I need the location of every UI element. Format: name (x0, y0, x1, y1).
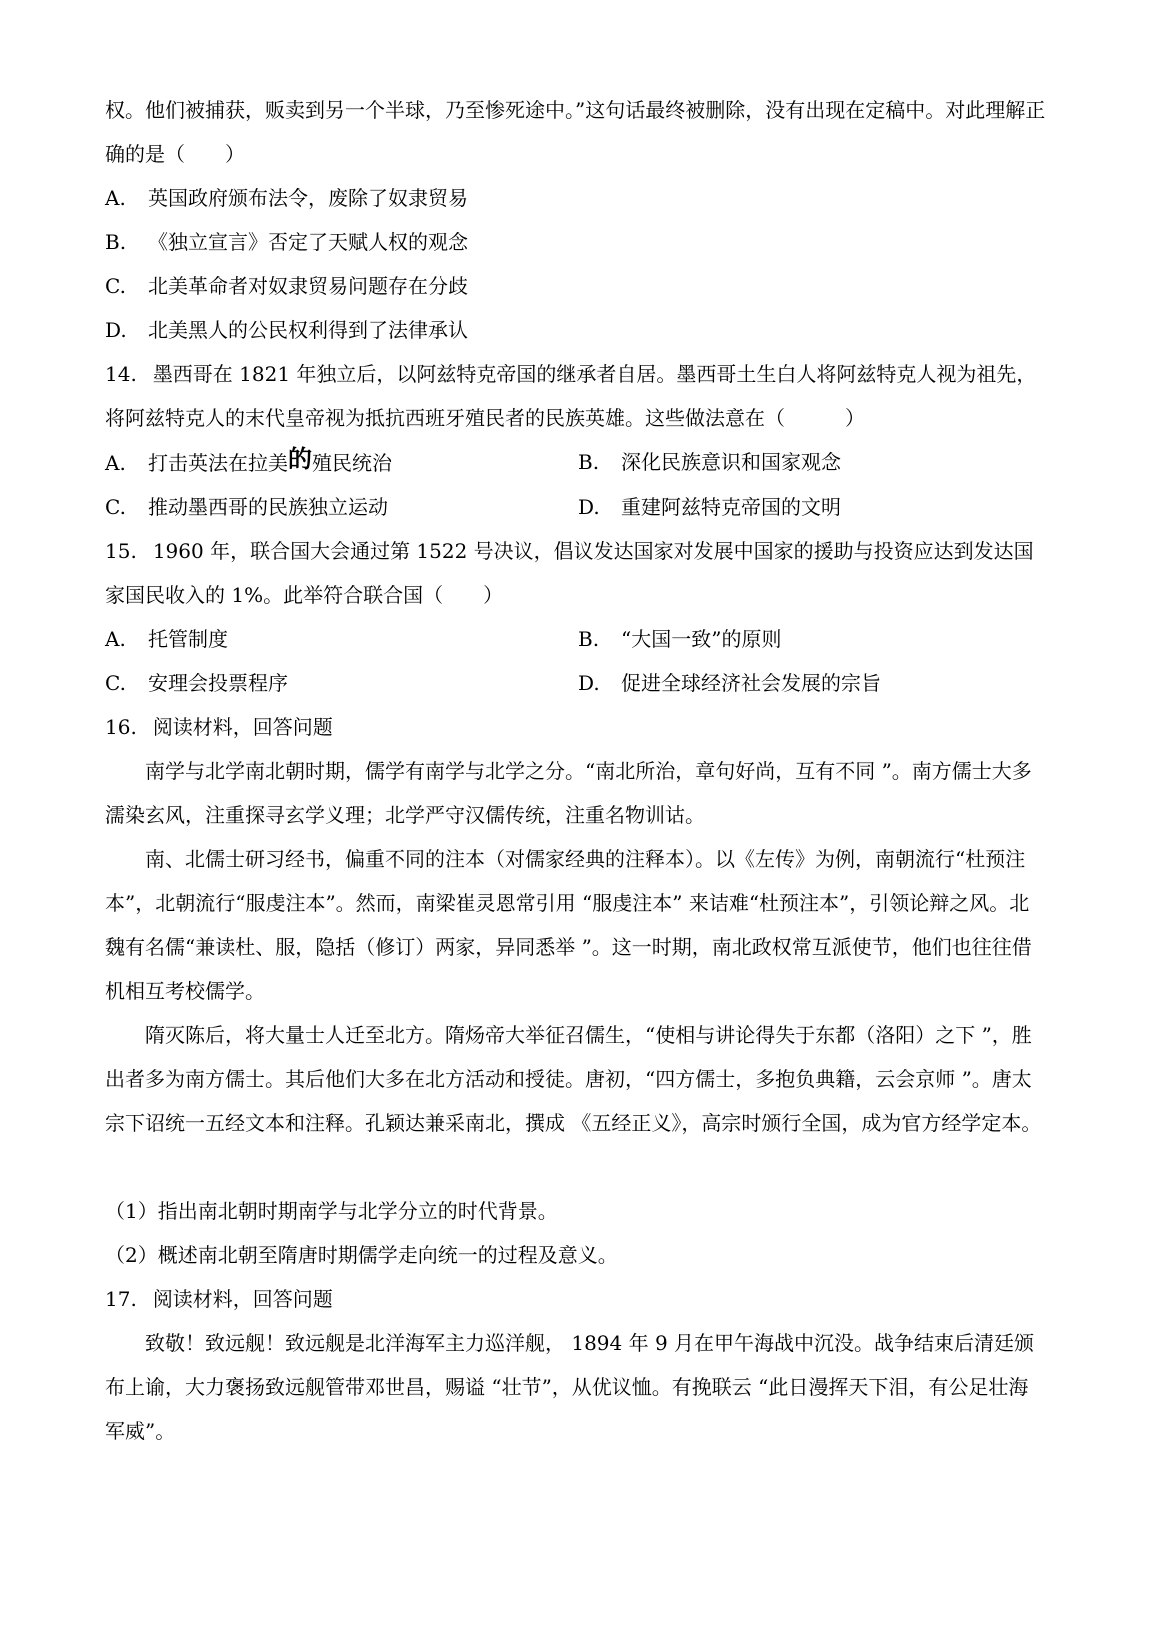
q16-material-paragraph-1: 南学与北学南北朝时期，儒学有南学与北学之分。“南北所治，章句好尚，互有不同 ”。… (105, 749, 1048, 837)
q14-option-a-bold-char: 的 (288, 444, 312, 473)
q13-option-c: C.北美革命者对奴隶贸易问题存在分歧 (105, 264, 1048, 308)
q17-material-paragraph-1: 致敬！致远舰！致远舰是北洋海军主力巡洋舰， 1894 年 9 月在甲午海战中沉没… (105, 1321, 1048, 1453)
q15-option-a-label: A. (105, 617, 129, 661)
q15-option-a-text: 托管制度 (148, 627, 228, 651)
q14-option-d-text: 重建阿兹特克帝国的文明 (621, 495, 841, 519)
q16-title: 阅读材料，回答问题 (153, 715, 333, 739)
q14-stem: 14.墨西哥在 1821 年独立后，以阿兹特克帝国的继承者自居。墨西哥土生白人将… (105, 352, 1048, 440)
q15-options-row-1: A.托管制度 B.“大国一致”的原则 (105, 617, 1048, 661)
q14-number: 14. (105, 352, 137, 396)
q14-option-b-label: B. (578, 440, 602, 484)
q15-stem: 15.1960 年，联合国大会通过第 1522 号决议，倡议发达国家对发展中国家… (105, 529, 1048, 617)
q17-title: 阅读材料，回答问题 (153, 1287, 333, 1311)
q13-option-a-label: A. (105, 176, 129, 220)
q14-option-b-text: 深化民族意识和国家观念 (621, 450, 841, 474)
q15-option-c-label: C. (105, 661, 129, 705)
q14-option-a-label: A. (105, 441, 129, 485)
q14-options-row-2: C.推动墨西哥的民族独立运动 D.重建阿兹特克帝国的文明 (105, 485, 1048, 529)
q17-number: 17. (105, 1277, 137, 1321)
q14-option-d-label: D. (578, 485, 602, 529)
q14-options-row-1: A.打击英法在拉美的殖民统治 B.深化民族意识和国家观念 (105, 440, 1048, 485)
q13-option-b: B.《独立宣言》否定了天赋人权的观念 (105, 220, 1048, 264)
q13-option-a-text: 英国政府颁布法令，废除了奴隶贸易 (148, 186, 468, 210)
blank-line (105, 1145, 1048, 1189)
q14-option-a-text-suffix: 殖民统治 (312, 451, 392, 475)
q14-option-a: A.打击英法在拉美的殖民统治 (105, 440, 578, 485)
q13-option-d: D.北美黑人的公民权利得到了法律承认 (105, 308, 1048, 352)
exam-document-page: 权。他们被捕获，贩卖到另一个半球，乃至惨死途中。”这句话最终被删除，没有出现在定… (0, 0, 1158, 1638)
q15-option-a: A.托管制度 (105, 617, 578, 661)
q15-option-d-text: 促进全球经济社会发展的宗旨 (621, 671, 881, 695)
q13-stem: 权。他们被捕获，贩卖到另一个半球，乃至惨死途中。”这句话最终被删除，没有出现在定… (105, 88, 1048, 176)
q13-option-d-text: 北美黑人的公民权利得到了法律承认 (148, 318, 468, 342)
q16-subquestion-2: （2）概述南北朝至隋唐时期儒学走向统一的过程及意义。 (105, 1233, 1048, 1277)
q13-option-c-label: C. (105, 264, 129, 308)
q15-option-c: C.安理会投票程序 (105, 661, 578, 705)
q16-subquestion-1: （1）指出南北朝时期南学与北学分立的时代背景。 (105, 1189, 1048, 1233)
q13-option-c-text: 北美革命者对奴隶贸易问题存在分歧 (148, 274, 468, 298)
q15-options-row-2: C.安理会投票程序 D.促进全球经济社会发展的宗旨 (105, 661, 1048, 705)
q14-stem-text: 墨西哥在 1821 年独立后，以阿兹特克帝国的继承者自居。墨西哥土生白人将阿兹特… (105, 362, 1036, 430)
q15-option-b: B.“大国一致”的原则 (578, 617, 1048, 661)
q13-option-a: A.英国政府颁布法令，废除了奴隶贸易 (105, 176, 1048, 220)
q15-option-d: D.促进全球经济社会发展的宗旨 (578, 661, 1048, 705)
q14-option-b: B.深化民族意识和国家观念 (578, 440, 1048, 485)
q15-stem-text: 1960 年，联合国大会通过第 1522 号决议，倡议发达国家对发展中国家的援助… (105, 539, 1034, 607)
q17-heading: 17.阅读材料，回答问题 (105, 1277, 1048, 1321)
q16-material-paragraph-3: 隋灭陈后，将大量士人迁至北方。隋炀帝大举征召儒生，“使相与讲论得失于东都（洛阳）… (105, 1013, 1048, 1145)
q14-option-d: D.重建阿兹特克帝国的文明 (578, 485, 1048, 529)
q14-option-c-label: C. (105, 485, 129, 529)
q15-option-b-text: “大国一致”的原则 (621, 627, 781, 651)
q13-option-d-label: D. (105, 308, 129, 352)
q13-option-b-label: B. (105, 220, 129, 264)
q15-option-d-label: D. (578, 661, 602, 705)
q16-material-paragraph-2: 南、北儒士研习经书，偏重不同的注本（对儒家经典的注释本）。以《左传》为例，南朝流… (105, 837, 1048, 1013)
q15-number: 15. (105, 529, 137, 573)
q16-heading: 16.阅读材料，回答问题 (105, 705, 1048, 749)
q14-option-c: C.推动墨西哥的民族独立运动 (105, 485, 578, 529)
q15-option-c-text: 安理会投票程序 (148, 671, 288, 695)
q14-option-a-text-prefix: 打击英法在拉美 (148, 451, 288, 475)
q15-option-b-label: B. (578, 617, 602, 661)
q16-number: 16. (105, 705, 137, 749)
q13-option-b-text: 《独立宣言》否定了天赋人权的观念 (148, 230, 468, 254)
q14-option-c-text: 推动墨西哥的民族独立运动 (148, 495, 388, 519)
